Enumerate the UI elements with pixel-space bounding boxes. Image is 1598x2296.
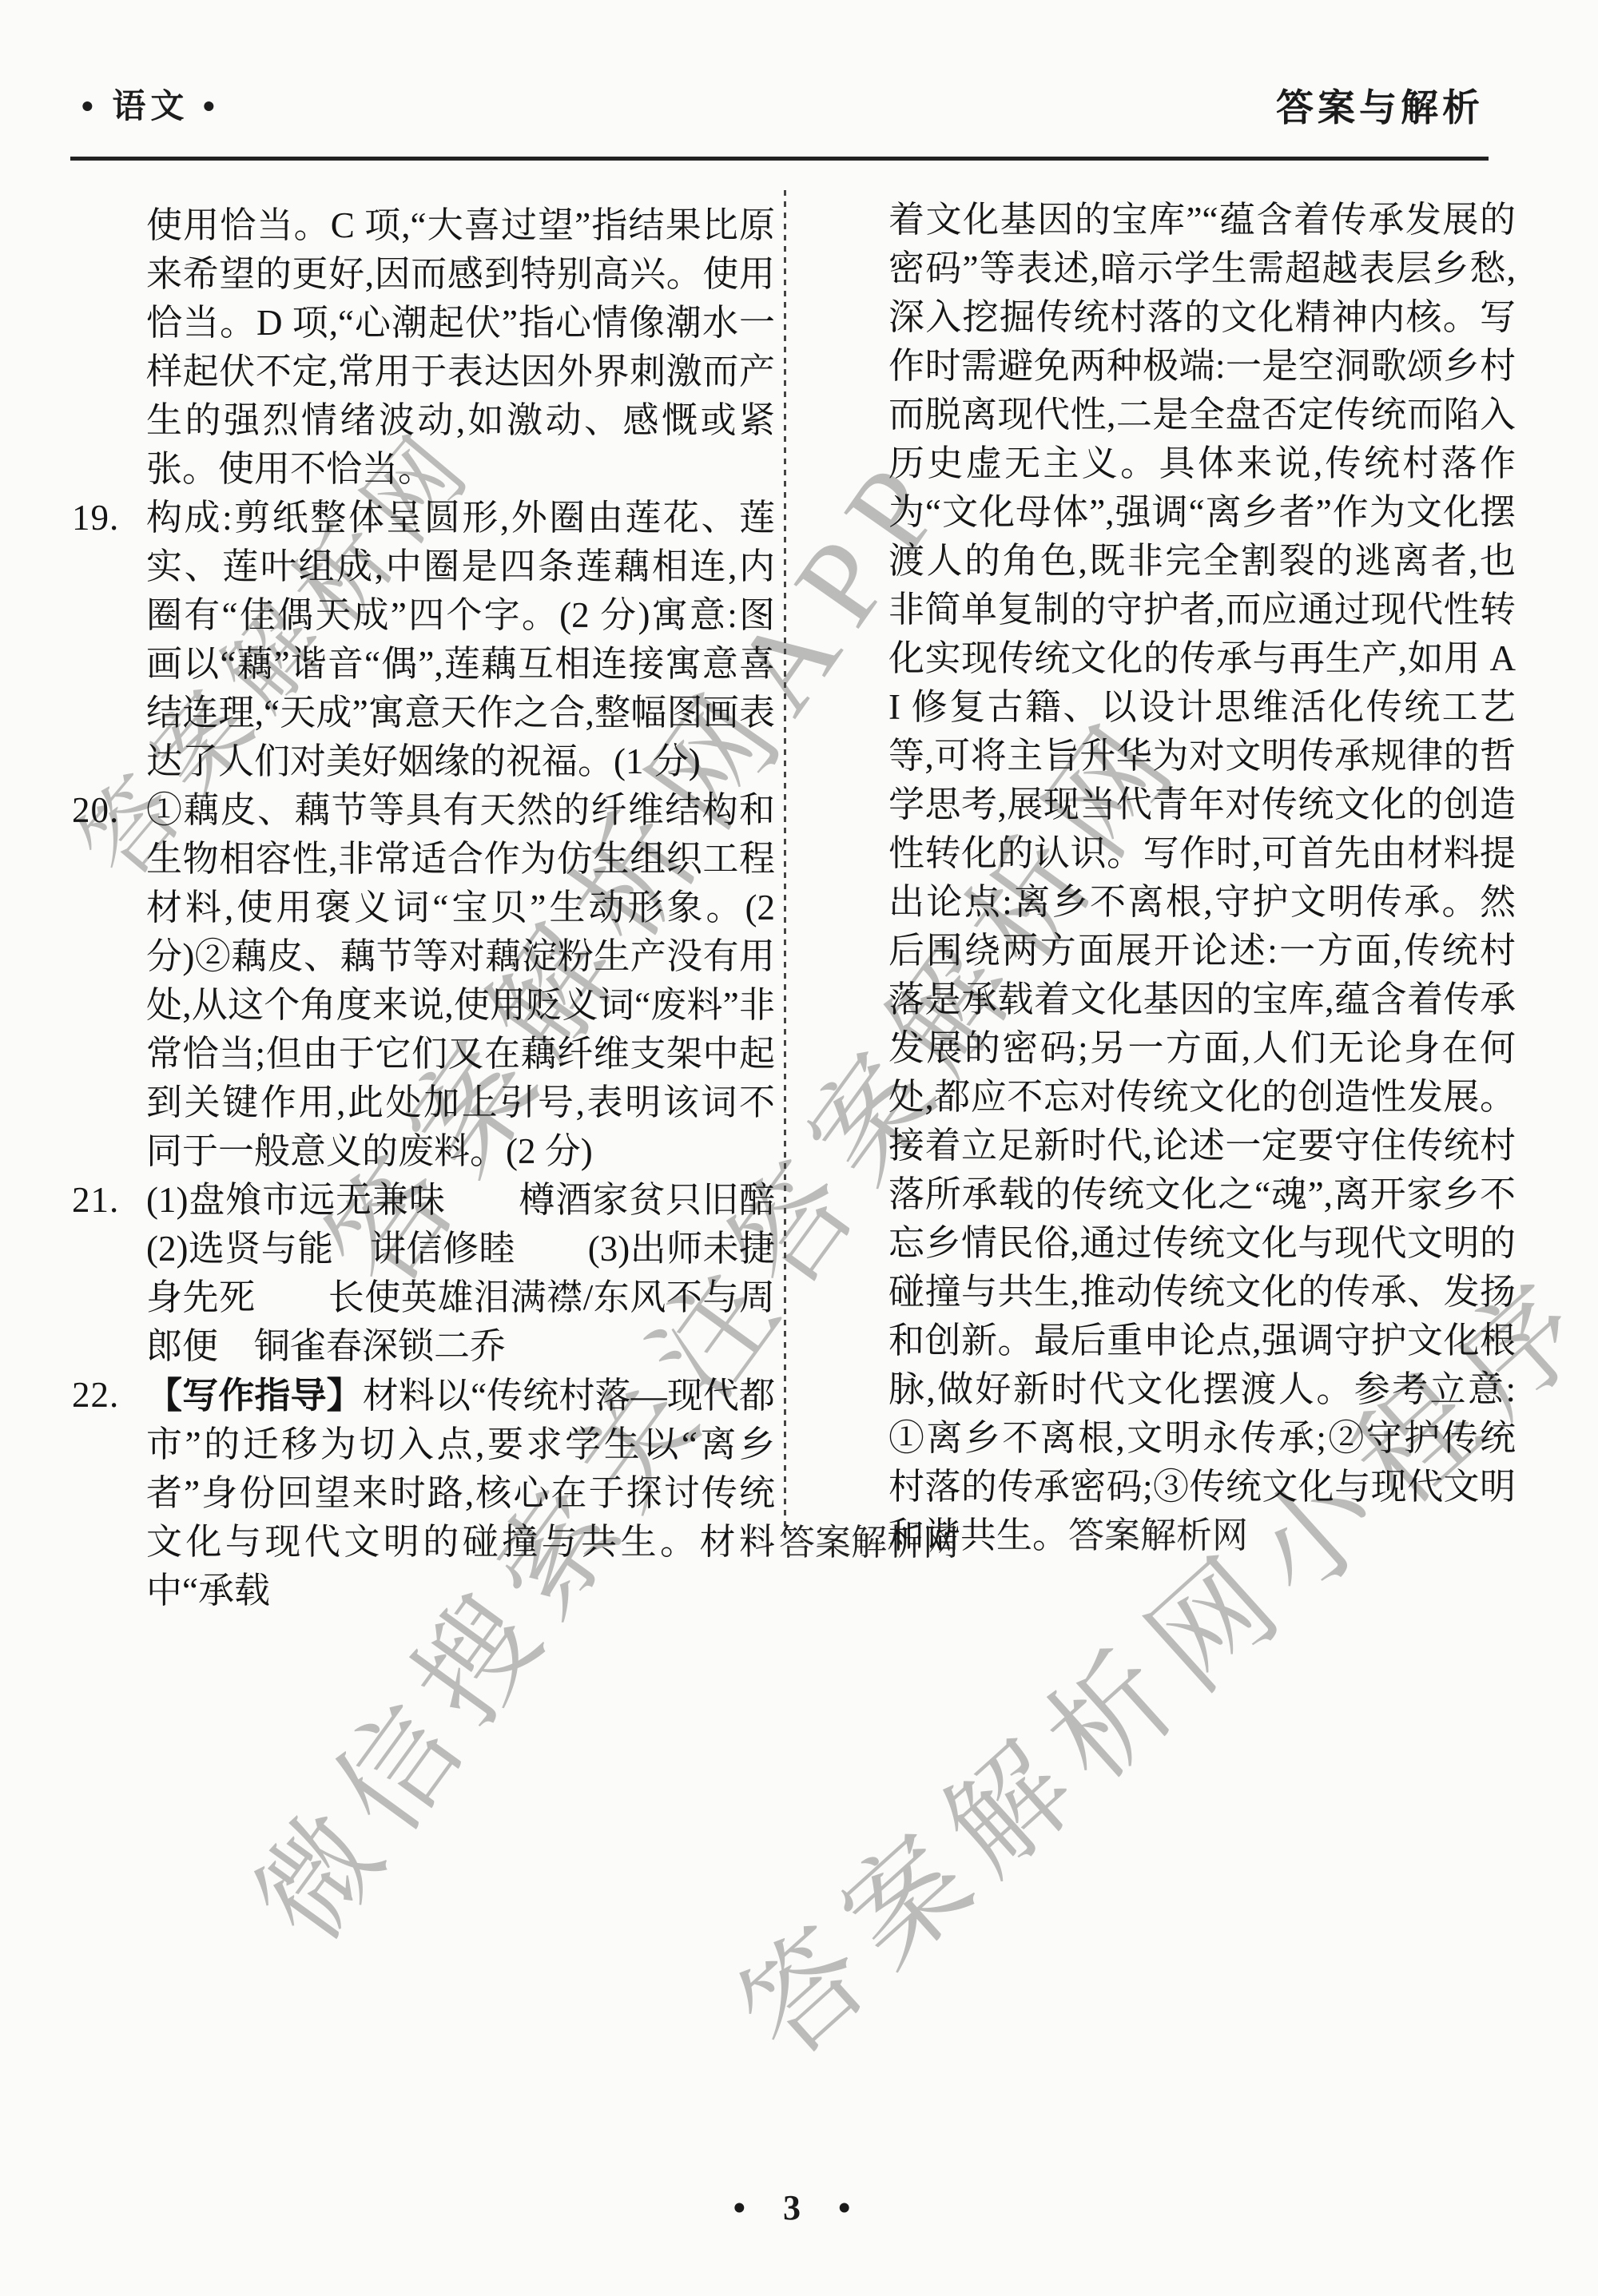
intro-text: 使用恰当。C 项,“大喜过望”指结果比原来希望的更好,因而感到特别高兴。使用恰当…: [146, 205, 775, 489]
item-text-20: ①藕皮、藕节等具有天然的纤维结构和生物相容性,非常适合作为仿生组织工程材料,使用…: [146, 790, 775, 1171]
scanned-answer-page: 答案解析网 答案解析网APP 微信搜索关注答案解析网 答案解析网小程序 • 语文…: [0, 0, 1598, 2296]
answer-item-21: 21. (1)盘飧市远无兼味 樽酒家贫只旧醅 (2)选贤与能 讲信修睦 (3)出…: [146, 1176, 775, 1371]
answer-item-20: 20. ①藕皮、藕节等具有天然的纤维结构和生物相容性,非常适合作为仿生组织工程材…: [146, 786, 775, 1176]
intro-continuation-paragraph: 使用恰当。C 项,“大喜过望”指结果比原来希望的更好,因而感到特别高兴。使用恰当…: [146, 201, 775, 494]
item-text-21: (1)盘飧市远无兼味 樽酒家贫只旧醅 (2)选贤与能 讲信修睦 (3)出师未捷身…: [146, 1180, 775, 1366]
answer-item-22-continuation: 着文化基因的宝库”“蕴含着传承发展的密码”等表述,暗示学生需超越表层乡愁,深入挖…: [888, 196, 1516, 1560]
item-number-20: 20.: [72, 786, 119, 835]
answer-item-22: 22. 【写作指导】材料以“传统村落—现代都市”的迁移为切入点,要求学生以“离乡…: [146, 1371, 775, 1615]
right-column: 着文化基因的宝库”“蕴含着传承发展的密码”等表述,暗示学生需超越表层乡愁,深入挖…: [888, 196, 1516, 1560]
item-text-22-continued: 着文化基因的宝库”“蕴含着传承发展的密码”等表述,暗示学生需超越表层乡愁,深入挖…: [888, 200, 1516, 1555]
column-divider-dashed-line: [784, 190, 786, 1542]
writing-guide-label: 【写作指导】: [146, 1375, 363, 1416]
item-text-19: 构成:剪纸整体呈圆形,外圈由莲花、莲实、莲叶组成,中圈是四条莲藕相连,内圈有“佳…: [146, 498, 775, 781]
page-number: • 3 •: [679, 2187, 919, 2228]
page-content: • 语文 • 答案与解析 使用恰当。C 项,“大喜过望”指结果比原来希望的更好,…: [0, 0, 1598, 2296]
header-title: 答案与解析: [1276, 78, 1484, 132]
left-column: 使用恰当。C 项,“大喜过望”指结果比原来希望的更好,因而感到特别高兴。使用恰当…: [146, 201, 775, 1615]
item-number-21: 21.: [72, 1176, 119, 1225]
item-number-22: 22.: [72, 1371, 119, 1420]
site-stamp-right-column: 答案解析网: [1068, 1515, 1248, 1555]
answer-item-19: 19. 构成:剪纸整体呈圆形,外圈由莲花、莲实、莲叶组成,中圈是四条莲藕相连,内…: [146, 494, 775, 786]
header-subject-label: • 语文 •: [81, 80, 220, 128]
item-number-19: 19.: [72, 494, 119, 542]
header-rule: [70, 157, 1489, 161]
